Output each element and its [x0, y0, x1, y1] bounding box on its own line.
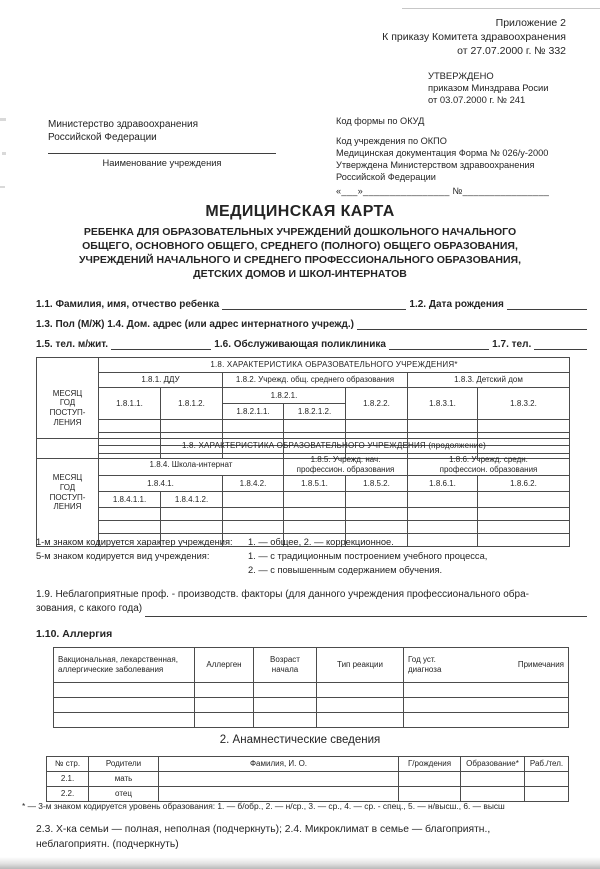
okud-code-label: Код формы по ОКУД [336, 116, 586, 128]
blank-line [534, 337, 587, 350]
empty-cell [461, 787, 525, 802]
empty-row [54, 683, 569, 698]
empty-cell [478, 492, 570, 508]
code-cell: 1.8.5.2. [346, 476, 408, 492]
legend-value-2b: 2. — с повышенным содержанием обучения. [248, 564, 590, 578]
blank-line [507, 297, 587, 310]
empty-cell [284, 521, 346, 534]
allergy-heading: 1.10. Аллергия [36, 628, 112, 640]
empty-cell [54, 683, 195, 698]
institution-table-1-8-continued: МЕСЯЦ ГОД ПОСТУП- ЛЕНИЯ 1.8. ХАРАКТЕРИСТ… [36, 438, 570, 547]
anamnesis-col-parents: Родители [89, 757, 159, 772]
okpo-doc-label: Код учреждения по ОКПО Медицинская докум… [336, 136, 586, 184]
blank-line [145, 604, 587, 617]
group-initial-prof-edu: 1.8.5. Учрежд. нач. профессион. образова… [284, 454, 408, 476]
allergy-col-year-notes: Год уст. диагноза Примечания [404, 648, 569, 683]
field-line-2: 1.3. Пол (М/Ж) 1.4. Дом. адрес (или адре… [36, 316, 590, 330]
medical-card-form-page: Приложение 2 К приказу Комитета здравоох… [0, 0, 600, 869]
empty-cell [346, 492, 408, 508]
empty-cell [404, 698, 569, 713]
table-1-8-header: 1.8. ХАРАКТЕРИСТИКА ОБРАЗОВАТЕЛЬНОГО УЧР… [99, 358, 570, 373]
code-cell: 1.8.6.2. [478, 476, 570, 492]
empty-row [37, 420, 570, 433]
code-cell: 1.8.2.1. [223, 388, 346, 404]
code-cell: 1.8.6.1. [408, 476, 478, 492]
empty-cell [284, 508, 346, 521]
empty-cell [408, 420, 478, 433]
field-1-2-label: 1.2. Дата рождения [409, 299, 504, 310]
scan-artifact [0, 186, 5, 188]
empty-cell [254, 713, 317, 728]
field-1-9-line1: 1.9. Неблагоприятные проф. - производств… [36, 588, 590, 603]
empty-cell [284, 420, 346, 433]
code-cell: 1.8.1.2. [161, 388, 223, 420]
anamnesis-table: № стр. Родители Фамилия, И. О. Г/рождени… [46, 756, 569, 802]
legend-label-2: 5-м знаком кодируется вид учреждения: [36, 550, 248, 564]
field-1-9-line2: зования, с какого года) [36, 603, 590, 617]
empty-cell [159, 772, 399, 787]
anamnesis-heading: 2. Анамнестические сведения [0, 734, 600, 746]
field-1-5-label: 1.5. тел. м/жит. [36, 339, 108, 350]
code-cell: 1.8.1.1. [99, 388, 161, 420]
table-row-mother: 2.1. мать [47, 772, 569, 787]
empty-cell [223, 508, 284, 521]
empty-cell [195, 683, 254, 698]
field-1-3-1-4-label: 1.3. Пол (М/Ж) 1.4. Дом. адрес (или адре… [36, 319, 354, 330]
empty-cell [254, 683, 317, 698]
empty-cell [161, 420, 223, 433]
empty-cell [399, 787, 461, 802]
empty-row [37, 521, 570, 534]
allergy-col-disease: Вакциональная, лекарственная, аллергичес… [54, 648, 195, 683]
empty-cell [408, 492, 478, 508]
empty-cell [346, 508, 408, 521]
allergy-col-year: Год уст. диагноза [408, 655, 441, 674]
field-1-9: 1.9. Неблагоприятные проф. - производств… [36, 588, 590, 617]
field-1-6-label: 1.6. Обслуживающая поликлиника [214, 339, 386, 350]
empty-cell [284, 492, 346, 508]
subcode-cell: 1.8.2.1.1. [223, 404, 284, 420]
row-number: 2.2. [47, 787, 89, 802]
blank-line [389, 337, 489, 350]
scan-artifact [402, 8, 600, 9]
empty-cell [461, 772, 525, 787]
empty-cell [99, 420, 161, 433]
table-1-8-continued-header: 1.8. ХАРАКТЕРИСТИКА ОБРАЗОВАТЕЛЬНОГО УЧР… [99, 439, 570, 454]
anamnesis-col-page: № стр. [47, 757, 89, 772]
code-cell: 1.8.3.1. [408, 388, 478, 420]
empty-row [54, 698, 569, 713]
form-title: МЕДИЦИНСКАЯ КАРТА [0, 203, 600, 221]
code-cell: 1.8.2.2. [346, 388, 408, 420]
field-1-9-line2-text: зования, с какого года) [36, 602, 142, 617]
coding-legend: 1-м знаком кодируется характер учреждени… [36, 536, 590, 578]
empty-cell [525, 772, 569, 787]
group-boarding-school: 1.8.4. Школа-интернат [99, 454, 284, 476]
code-cell: 1.8.4.1. [99, 476, 223, 492]
group-secondary-prof-edu: 1.8.6. Учрежд. средн. профессион. образо… [408, 454, 570, 476]
allergy-col-allergen: Аллерген [195, 648, 254, 683]
field-2-3-2-4: 2.3. Х-ка семьи — полная, неполная (подч… [36, 822, 590, 853]
identity-fields: 1.1. Фамилия, имя, отчество ребенка 1.2.… [36, 296, 590, 356]
blank-line [222, 297, 406, 310]
allergy-table: Вакциональная, лекарственная, аллергичес… [53, 647, 569, 728]
subcode-cell: 1.8.4.1.1. [99, 492, 161, 508]
scan-artifact [0, 857, 600, 869]
code-cell: 1.8.4.2. [223, 476, 284, 492]
empty-cell [223, 420, 284, 433]
empty-cell [161, 508, 223, 521]
field-line-3: 1.5. тел. м/жит. 1.6. Обслуживающая поли… [36, 336, 590, 350]
empty-cell [223, 521, 284, 534]
group-ddu: 1.8.1. ДДУ [99, 373, 223, 388]
field-line-1: 1.1. Фамилия, имя, отчество ребенка 1.2.… [36, 296, 590, 310]
parent-label: отец [89, 787, 159, 802]
code-cell: 1.8.5.1. [284, 476, 346, 492]
education-coding-footnote: * — 3-м знаком кодируется уровень образо… [22, 801, 588, 811]
code-cell: 1.8.3.2. [478, 388, 570, 420]
form-subtitle: РЕБЕНКА ДЛЯ ОБРАЗОВАТЕЛЬНЫХ УЧРЕЖДЕНИЙ Д… [40, 226, 560, 281]
empty-cell [254, 698, 317, 713]
empty-cell [54, 713, 195, 728]
empty-cell [317, 683, 404, 698]
approval-stamp: УТВЕРЖДЕНО приказом Минздрава Росии от 0… [428, 70, 549, 107]
empty-cell [317, 698, 404, 713]
empty-cell [399, 772, 461, 787]
group-orphanage: 1.8.3. Детский дом [408, 373, 570, 388]
appendix-reference: Приложение 2 К приказу Комитета здравоох… [382, 16, 566, 59]
empty-cell [478, 521, 570, 534]
allergy-col-age: Возраст начала [254, 648, 317, 683]
scan-artifact [2, 152, 6, 155]
legend-spacer [36, 564, 248, 578]
group-secondary-edu: 1.8.2. Учрежд. общ. среднего образования [223, 373, 408, 388]
empty-cell [54, 698, 195, 713]
codes-block: Код формы по ОКУД Код учреждения по ОКПО… [336, 116, 586, 198]
anamnesis-col-birthyear: Г/рождения [399, 757, 461, 772]
empty-cell [99, 508, 161, 521]
empty-cell [195, 698, 254, 713]
anamnesis-col-work-phone: Раб./тел. [525, 757, 569, 772]
empty-cell [99, 521, 161, 534]
empty-cell [317, 713, 404, 728]
ministry-block: Министерство здравоохранения Российской … [48, 118, 276, 169]
empty-cell [478, 420, 570, 433]
empty-cell [161, 521, 223, 534]
blank-line [111, 337, 211, 350]
date-number-line: «___»________________ №________________ [336, 186, 586, 198]
subcode-cell: 1.8.4.1.2. [161, 492, 223, 508]
empty-cell [408, 521, 478, 534]
empty-cell [195, 713, 254, 728]
empty-row [54, 713, 569, 728]
field-1-7-label: 1.7. тел. [492, 339, 531, 350]
empty-cell [223, 492, 284, 508]
empty-cell [404, 683, 569, 698]
empty-cell [346, 420, 408, 433]
legend-label-1: 1-м знаком кодируется характер учреждени… [36, 536, 248, 550]
allergy-col-notes: Примечания [518, 660, 564, 670]
empty-row [37, 508, 570, 521]
legend-value-2a: 1. — с традиционным построением учебного… [248, 550, 590, 564]
institution-name-line [48, 153, 276, 155]
anamnesis-col-name: Фамилия, И. О. [159, 757, 399, 772]
empty-cell [346, 521, 408, 534]
empty-cell [404, 713, 569, 728]
field-1-1-label: 1.1. Фамилия, имя, отчество ребенка [36, 299, 219, 310]
institution-name-caption: Наименование учреждения [48, 157, 276, 169]
row-number: 2.1. [47, 772, 89, 787]
allergy-col-reaction: Тип реакции [317, 648, 404, 683]
legend-value-1: 1. — общее, 2. — коррекционное. [248, 536, 590, 550]
empty-cell [478, 508, 570, 521]
scan-artifact [0, 118, 6, 121]
ministry-name: Министерство здравоохранения Российской … [48, 118, 276, 144]
empty-cell [159, 787, 399, 802]
anamnesis-col-education: Образование* [461, 757, 525, 772]
table-row-father: 2.2. отец [47, 787, 569, 802]
empty-cell [408, 508, 478, 521]
blank-line [357, 317, 587, 330]
subcode-cell: 1.8.2.1.2. [284, 404, 346, 420]
month-year-admission-label: МЕСЯЦ ГОД ПОСТУП- ЛЕНИЯ [37, 439, 99, 547]
parent-label: мать [89, 772, 159, 787]
empty-cell [525, 787, 569, 802]
